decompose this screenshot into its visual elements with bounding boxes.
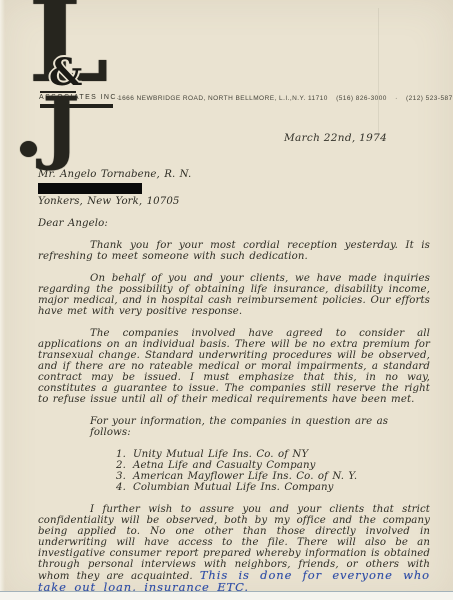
company-number: 3.	[116, 471, 133, 482]
company-name: Columbian Mutual Life Ins. Company	[133, 482, 334, 493]
salutation: Dear Angelo:	[38, 218, 430, 229]
company-name: American Mayflower Life Ins. Co. of N. Y…	[133, 471, 357, 482]
paper-crease	[378, 8, 379, 138]
scan-edge-bottom	[0, 591, 453, 600]
company-list-item: 3.American Mayflower Life Ins. Co. of N.…	[116, 471, 430, 482]
logo-dot	[20, 141, 37, 157]
paragraph-4: I further wish to assure you and your cl…	[38, 504, 430, 594]
company-list-item: 4.Columbian Mutual Life Ins. Company	[116, 482, 430, 493]
company-name: Aetna Life and Casualty Company	[133, 460, 316, 471]
paragraph-2: On behalf of you and your clients, we ha…	[38, 273, 430, 317]
letter-scan: L & ASSOCIATES INC. J 1666 NEWBRIDGE ROA…	[0, 0, 453, 600]
phone-number-2: (212) 523-5876	[406, 95, 453, 102]
redaction-bar	[38, 183, 142, 194]
recipient-name: Mr. Angelo Tornabene, R. N.	[38, 169, 430, 180]
company-list-item: 1.Unity Mutual Life Ins. Co. of NY	[116, 449, 430, 460]
date-line: March 22nd, 1974	[284, 132, 387, 144]
street-address: 1666 NEWBRIDGE ROAD, NORTH BELLMORE, L.I…	[118, 95, 328, 102]
logo-letter-j: J	[42, 86, 80, 166]
phone-separator: ·	[395, 95, 398, 102]
company-list-item: 2.Aetna Life and Casualty Company	[116, 460, 430, 471]
letter-body: Mr. Angelo Tornabene, R. N. Yonkers, New…	[38, 169, 430, 594]
scan-edge-left	[0, 0, 5, 600]
paragraph-1: Thank you for your most cordial receptio…	[38, 240, 430, 262]
letterhead-address-line: 1666 NEWBRIDGE ROAD, NORTH BELLMORE, L.I…	[118, 95, 453, 102]
paragraph-3: The companies involved have agreed to co…	[38, 328, 430, 405]
recipient-city: Yonkers, New York, 10705	[38, 196, 430, 207]
company-list-intro: For your information, the companies in q…	[90, 416, 430, 438]
company-number: 1.	[116, 449, 133, 460]
company-logo: L & ASSOCIATES INC. J	[0, 0, 130, 180]
company-name: Unity Mutual Life Ins. Co. of NY	[133, 449, 308, 460]
company-number: 4.	[116, 482, 133, 493]
company-list: 1.Unity Mutual Life Ins. Co. of NY 2.Aet…	[116, 449, 430, 493]
phone-number-1: (516) 826-3000	[336, 95, 387, 102]
company-number: 2.	[116, 460, 133, 471]
